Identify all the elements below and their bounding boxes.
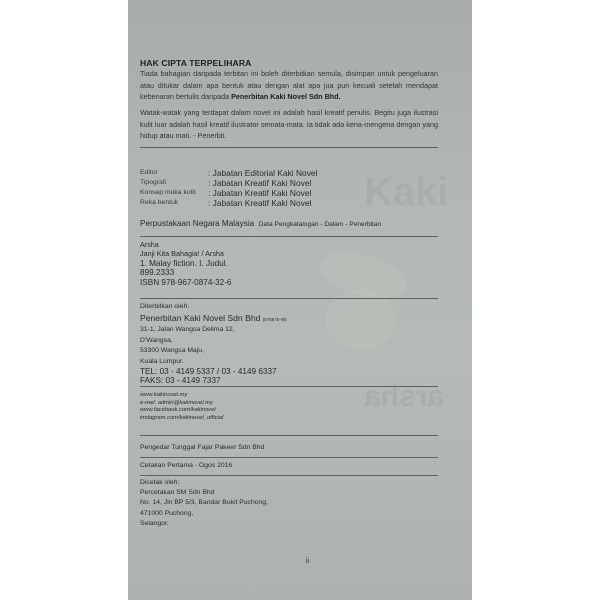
distributor: Pengedar Tunggal Fajar Pakeer Sdn Bhd: [140, 444, 438, 451]
divider: [140, 236, 438, 237]
printer-info: Dicetak oleh: Percetakan SM Sdn Bhd No. …: [140, 478, 438, 529]
copyright-heading: HAK CIPTA TERPELIHARA: [140, 58, 438, 68]
credits-list: Editor: Jabatan Editorial Kaki Novel Tip…: [140, 168, 438, 208]
library-heading: Perpustakaan Negara Malaysia Data Pengka…: [140, 219, 438, 228]
website-link[interactable]: www.kakinovel.my: [140, 392, 438, 400]
divider: [140, 298, 438, 299]
credit-row: Editor: Jabatan Editorial Kaki Novel: [140, 168, 438, 178]
divider: [140, 457, 438, 458]
facebook-link[interactable]: www.facebook.com/kakinovel: [140, 407, 438, 415]
divider: [140, 435, 438, 436]
copyright-page: Kaki arsha HAK CIPTA TERPELIHARA Tiada b…: [128, 0, 472, 600]
copyright-notice: Tiada bahagian daripada terbitan ini bol…: [140, 68, 438, 103]
divider: [140, 147, 438, 148]
catalog-data: Arsha Janji Kita Bahagia! / Arsha 1. Mal…: [140, 240, 438, 287]
email-link[interactable]: e-mel: admin@kakinovel.my: [140, 400, 438, 408]
online-links: www.kakinovel.my e-mel: admin@kakinovel.…: [140, 392, 438, 422]
divider: [140, 386, 438, 387]
disclaimer: Watak-watak yang terdapat dalam novel in…: [140, 107, 438, 142]
credit-row: Konsep muka kulit: Jabatan Kreatif Kaki …: [140, 188, 438, 198]
divider: [140, 475, 438, 476]
credit-row: Reka bentuk: Jabatan Kreatif Kaki Novel: [140, 198, 438, 208]
edition: Cetakan Pertama - Ogos 2016: [140, 462, 438, 469]
credit-row: Tipografi: Jabatan Kreatif Kaki Novel: [140, 178, 438, 188]
copyright-section: HAK CIPTA TERPELIHARA Tiada bahagian dar…: [140, 58, 438, 103]
publisher-contact: TEL: 03 - 4149 5337 / 03 - 4149 6337 FAK…: [140, 367, 438, 385]
instagram-link[interactable]: instagram.com/kakinovel_official: [140, 415, 438, 423]
page-number: ii: [306, 558, 309, 565]
publisher-info: Diterbitkan oleh: Penerbitan Kaki Novel …: [140, 302, 438, 368]
